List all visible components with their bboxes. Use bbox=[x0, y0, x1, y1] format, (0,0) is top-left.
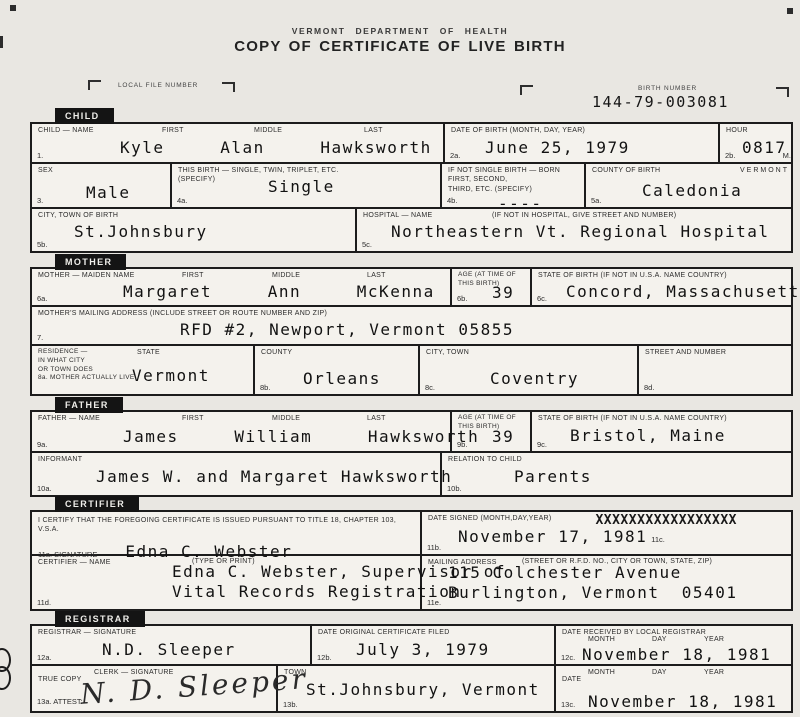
date-signed-value: November 17, 1981 bbox=[458, 527, 647, 547]
field-father-age: AGE (AT TIME OF THIS BIRTH) 39 9b. bbox=[452, 412, 532, 451]
hour-label: HOUR bbox=[726, 126, 791, 135]
if-not-single-label: IF NOT SINGLE BIRTH — BORN FIRST, SECOND… bbox=[448, 166, 580, 194]
col-last: LAST bbox=[367, 415, 386, 422]
field-mother-mailing-address: MOTHER'S MAILING ADDRESS (INCLUDE STREET… bbox=[32, 307, 795, 344]
section-tab-child: CHILD bbox=[55, 108, 114, 124]
date-filed-value: July 3, 1979 bbox=[356, 640, 550, 660]
col-first: FIRST bbox=[182, 272, 204, 279]
field-if-not-single-birth: IF NOT SINGLE BIRTH — BORN FIRST, SECOND… bbox=[442, 164, 586, 207]
field-registrar-signature: REGISTRAR — SIGNATURE N.D. Sleeper 12a. bbox=[32, 626, 312, 664]
father-age-value: 39 bbox=[492, 427, 526, 447]
field-mother-name: MOTHER — MAIDEN NAME FIRST MIDDLE LAST M… bbox=[32, 269, 452, 305]
field-true-copy-attest: TRUE COPY CLERK — SIGNATURE 13a. ATTEST:… bbox=[32, 666, 278, 711]
field-number: 8c. bbox=[425, 383, 435, 392]
residence-county-label: COUNTY bbox=[261, 348, 414, 357]
field-sex: SEX Male 3. bbox=[32, 164, 172, 207]
field-number: 4a. bbox=[177, 196, 187, 205]
field-number: 6b. bbox=[457, 294, 467, 303]
field-number: 6a. bbox=[37, 294, 47, 303]
mother-state-label: STATE OF BIRTH (IF NOT IN U.S.A. NAME CO… bbox=[538, 271, 791, 280]
section-tab-registrar: REGISTRAR bbox=[55, 611, 145, 627]
birth-certificate-document: VERMONT DEPARTMENT OF HEALTH COPY OF CER… bbox=[0, 0, 800, 717]
field-residence-state: RESIDENCE — IN WHAT CITY OR TOWN DOES 8a… bbox=[32, 346, 255, 394]
hospital-value: Northeastern Vt. Regional Hospital bbox=[391, 222, 791, 242]
crop-mark bbox=[776, 87, 789, 97]
relation-value: Parents bbox=[514, 467, 791, 487]
sex-label: SEX bbox=[38, 166, 166, 175]
field-number: 4b. bbox=[447, 196, 457, 205]
field-county-of-birth: COUNTY OF BIRTH VERMONT Caledonia 5a. bbox=[586, 164, 795, 207]
residence-city-label: CITY, TOWN bbox=[426, 348, 633, 357]
certifier-statement: I CERTIFY THAT THE FOREGOING CERTIFICATE… bbox=[38, 516, 416, 535]
relation-label: RELATION TO CHILD bbox=[448, 455, 791, 464]
mother-age-value: 39 bbox=[492, 283, 526, 303]
field-date-signed: DATE SIGNED (MONTH,DAY,YEAR) XXXXXXXXXXX… bbox=[422, 512, 795, 554]
date-attested-value: November 18, 1981 bbox=[588, 692, 791, 712]
informant-value: James W. and Margaret Hawksworth bbox=[96, 467, 436, 487]
col-year: YEAR bbox=[704, 636, 724, 643]
field-informant: INFORMANT James W. and Margaret Hawkswor… bbox=[32, 453, 442, 495]
attest-label: 13a. ATTEST: bbox=[37, 697, 83, 706]
child-name-value: Kyle Alan Hawksworth bbox=[120, 138, 439, 158]
city-of-birth-value: St.Johnsbury bbox=[74, 222, 351, 242]
field-number: 12c. bbox=[561, 653, 575, 662]
field-number: 8b. bbox=[260, 383, 270, 392]
department-name: VERMONT DEPARTMENT OF HEALTH bbox=[0, 26, 800, 36]
field-certifier-mailing-address: MAILING ADDRESS (STREET OR R.F.D. NO., C… bbox=[422, 556, 795, 609]
field-residence-city: CITY, TOWN Coventry 8c. bbox=[420, 346, 639, 394]
field-number: 12a. bbox=[37, 653, 52, 662]
section-tab-mother: MOTHER bbox=[55, 254, 126, 270]
col-middle: MIDDLE bbox=[272, 415, 300, 422]
field-number: 2a. bbox=[450, 151, 460, 160]
field-this-birth: THIS BIRTH — SINGLE, TWIN, TRIPLET, ETC.… bbox=[172, 164, 442, 207]
field-father-name: FATHER — NAME FIRST MIDDLE LAST James Wi… bbox=[32, 412, 452, 451]
section-mother: MOTHER — MAIDEN NAME FIRST MIDDLE LAST M… bbox=[30, 267, 793, 396]
father-state-label: STATE OF BIRTH (IF NOT IN U.S.A. NAME CO… bbox=[538, 414, 791, 423]
registrar-signature-value: N.D. Sleeper bbox=[102, 640, 306, 660]
field-number: 11c. bbox=[651, 535, 665, 544]
col-month: MONTH bbox=[588, 669, 615, 676]
field-number: 10b. bbox=[447, 484, 462, 493]
field-town: TOWN St.Johnsbury, Vermont 13b. bbox=[278, 666, 556, 711]
residence-street-label: STREET AND NUMBER bbox=[645, 348, 791, 357]
field-number: 13b. bbox=[283, 700, 298, 709]
field-number: 11d. bbox=[37, 598, 51, 607]
field-hospital: HOSPITAL — NAME (IF NOT IN HOSPITAL, GIV… bbox=[357, 209, 795, 251]
true-copy-label: TRUE COPY bbox=[38, 676, 82, 683]
margin-scribble bbox=[0, 648, 9, 694]
section-tab-certifier: CERTIFIER bbox=[55, 496, 139, 512]
col-last: LAST bbox=[364, 127, 383, 134]
residence-city-value: Coventry bbox=[490, 369, 633, 389]
section-father: FATHER — NAME FIRST MIDDLE LAST James Wi… bbox=[30, 410, 793, 497]
mother-mailing-value: RFD #2, Newport, Vermont 05855 bbox=[180, 320, 791, 340]
mother-state-value: Concord, Massachusetts bbox=[566, 282, 791, 302]
dob-value: June 25, 1979 bbox=[485, 138, 714, 158]
col-year: YEAR bbox=[704, 669, 724, 676]
residence-state-col: STATE bbox=[137, 349, 160, 356]
field-number: 10a. bbox=[37, 484, 52, 493]
field-number: 12b. bbox=[317, 653, 332, 662]
county-value: Caledonia bbox=[642, 181, 791, 201]
col-last: LAST bbox=[367, 272, 386, 279]
field-city-of-birth: CITY, TOWN OF BIRTH St.Johnsbury 5b. bbox=[32, 209, 357, 251]
field-number: 5c. bbox=[362, 240, 372, 249]
form-title: COPY OF CERTIFICATE OF LIVE BIRTH bbox=[0, 38, 800, 55]
field-number: 9c. bbox=[537, 440, 547, 449]
col-day: DAY bbox=[652, 669, 667, 676]
certifier-mailing-value: 115 Colchester Avenue Burlington, Vermon… bbox=[448, 563, 737, 603]
local-file-number-label: LOCAL FILE NUMBER bbox=[118, 82, 198, 89]
col-middle: MIDDLE bbox=[254, 127, 282, 134]
mother-name-value: Margaret Ann McKenna bbox=[123, 282, 446, 302]
crop-mark bbox=[222, 82, 235, 92]
field-number: 11b. bbox=[427, 543, 441, 552]
hospital-note: (IF NOT IN HOSPITAL, GIVE STREET AND NUM… bbox=[492, 212, 676, 219]
col-first: FIRST bbox=[162, 127, 184, 134]
field-father-state-of-birth: STATE OF BIRTH (IF NOT IN U.S.A. NAME CO… bbox=[532, 412, 795, 451]
field-number: 9a. bbox=[37, 440, 47, 449]
crop-mark bbox=[520, 85, 533, 95]
strike-out-marks: XXXXXXXXXXXXXXXXX bbox=[595, 513, 737, 528]
field-date-original-filed: DATE ORIGINAL CERTIFICATE FILED July 3, … bbox=[312, 626, 556, 664]
field-number: 9b. bbox=[457, 440, 467, 449]
date-filed-label: DATE ORIGINAL CERTIFICATE FILED bbox=[318, 628, 550, 637]
col-middle: MIDDLE bbox=[272, 272, 300, 279]
informant-label: INFORMANT bbox=[38, 455, 436, 464]
field-date-of-birth: DATE OF BIRTH (MONTH, DAY, YEAR) June 25… bbox=[445, 124, 720, 162]
date-label: DATE bbox=[562, 676, 581, 683]
section-tab-father: FATHER bbox=[55, 397, 123, 413]
crop-mark bbox=[88, 80, 101, 90]
field-number: 13c. bbox=[561, 700, 575, 709]
field-date-received: DATE RECEIVED BY LOCAL REGISTRAR MONTH D… bbox=[556, 626, 795, 664]
residence-county-value: Orleans bbox=[303, 369, 414, 389]
field-residence-street: STREET AND NUMBER 8d. bbox=[639, 346, 795, 394]
field-certifier-name: CERTIFIER — NAME (TYPE OR PRINT) Edna C.… bbox=[32, 556, 422, 609]
field-relation-to-child: RELATION TO CHILD Parents 10b. bbox=[442, 453, 795, 495]
section-certifier: I CERTIFY THAT THE FOREGOING CERTIFICATE… bbox=[30, 510, 793, 611]
town-value: St.Johnsbury, Vermont bbox=[306, 680, 550, 700]
field-certifier-signature: I CERTIFY THAT THE FOREGOING CERTIFICATE… bbox=[32, 512, 422, 554]
field-number: 11e. bbox=[427, 598, 441, 607]
birth-number-value: 144-79-003081 bbox=[592, 93, 729, 111]
birth-number-label: BIRTH NUMBER bbox=[638, 85, 697, 92]
field-number: 3. bbox=[37, 196, 43, 205]
field-date-attested: DATE MONTH DAY YEAR November 18, 1981 13… bbox=[556, 666, 795, 711]
city-of-birth-label: CITY, TOWN OF BIRTH bbox=[38, 211, 351, 220]
field-mother-state-of-birth: STATE OF BIRTH (IF NOT IN U.S.A. NAME CO… bbox=[532, 269, 795, 305]
field-number: 1. bbox=[37, 151, 43, 160]
father-name-value: James William Hawksworth bbox=[123, 427, 446, 447]
date-received-value: November 18, 1981 bbox=[582, 645, 791, 665]
mother-mailing-label: MOTHER'S MAILING ADDRESS (INCLUDE STREET… bbox=[38, 309, 791, 318]
section-registrar: REGISTRAR — SIGNATURE N.D. Sleeper 12a. … bbox=[30, 624, 793, 713]
field-number: 7. bbox=[37, 333, 43, 342]
residence-state-value: Vermont bbox=[132, 366, 210, 386]
hour-meridiem-label: M. bbox=[783, 151, 791, 160]
section-child: CHILD — NAME FIRST MIDDLE LAST Kyle Alan… bbox=[30, 122, 793, 253]
county-state-label: VERMONT bbox=[740, 167, 789, 174]
field-number: 5a. bbox=[591, 196, 601, 205]
dob-label: DATE OF BIRTH (MONTH, DAY, YEAR) bbox=[451, 126, 714, 135]
scan-mark bbox=[787, 8, 793, 14]
this-birth-value: Single bbox=[268, 177, 436, 197]
father-state-value: Bristol, Maine bbox=[570, 426, 791, 446]
field-number: 6c. bbox=[537, 294, 547, 303]
field-number: 2b. bbox=[725, 151, 735, 160]
town-label: TOWN bbox=[284, 668, 550, 677]
scan-mark bbox=[10, 5, 16, 11]
field-hour: HOUR 0817 2b. M. bbox=[720, 124, 795, 162]
col-first: FIRST bbox=[182, 415, 204, 422]
field-mother-age: AGE (AT TIME OF THIS BIRTH) 39 6b. bbox=[452, 269, 532, 305]
col-day: DAY bbox=[652, 636, 667, 643]
sex-value: Male bbox=[86, 183, 166, 203]
field-number: 5b. bbox=[37, 240, 47, 249]
field-number: 8d. bbox=[644, 383, 654, 392]
registrar-signature-label: REGISTRAR — SIGNATURE bbox=[38, 628, 306, 637]
field-residence-county: COUNTY Orleans 8b. bbox=[255, 346, 420, 394]
col-month: MONTH bbox=[588, 636, 615, 643]
field-child-name: CHILD — NAME FIRST MIDDLE LAST Kyle Alan… bbox=[32, 124, 445, 162]
